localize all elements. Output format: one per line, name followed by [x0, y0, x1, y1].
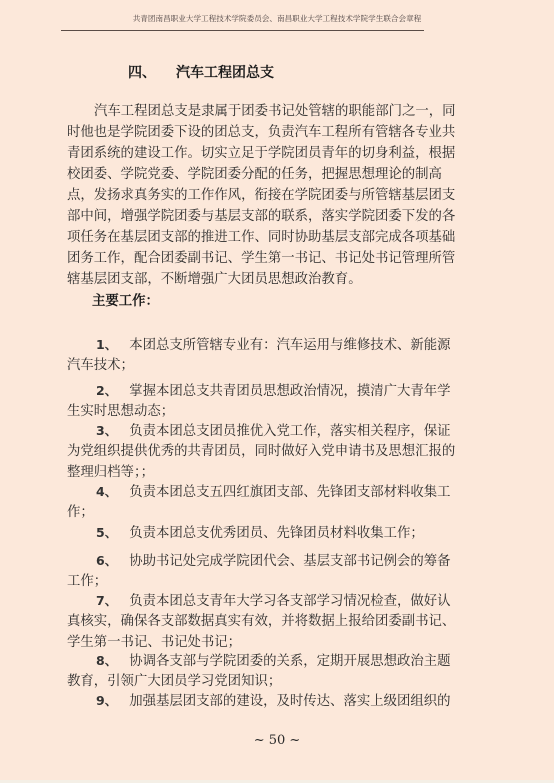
item-number: 4、 — [96, 484, 117, 499]
item-text: 汽车技术； — [67, 355, 487, 376]
item-text: 工作； — [67, 571, 487, 592]
page-number: ~ 50 ~ — [0, 733, 554, 748]
item-text: 负责本团总支五四红旗团支部、先锋团支部材料收集工 — [129, 485, 450, 500]
item-text: 负责本团总支青年大学习各支部学习情况检查，做好认 — [129, 594, 450, 609]
item-text: 负责本团总支优秀团员、先锋团员材料收集工作； — [129, 526, 424, 541]
item-number: 2、 — [96, 383, 117, 398]
section-title-text: 汽车工程团总支 — [176, 65, 274, 81]
work-item: 4、负责本团总支五四红旗团支部、先锋团支部材料收集工 作； — [67, 481, 487, 523]
work-item: 2、掌握本团总支共青团员思想政治情况，摸清广大青年学 生实时思想动态； — [67, 380, 487, 422]
work-item: 1、本团总支所管辖专业有：汽车运用与维修技术、新能源 汽车技术； — [67, 334, 487, 376]
item-text: 整理归档等；； — [67, 462, 487, 483]
intro-line: 汽车工程团总支是隶属于团委书记处管辖的职能部门之一，同 — [67, 101, 487, 122]
intro-line: 部中间，增强学院团委与基层支部的联系，落实学院团委下发的各 — [67, 206, 487, 227]
item-number: 8、 — [96, 653, 117, 668]
item-text: 本团总支所管辖专业有：汽车运用与维修技术、新能源 — [129, 338, 450, 353]
item-text: 作； — [67, 502, 487, 523]
item-number: 5、 — [96, 525, 117, 540]
intro-line: 辖基层团支部，不断增强广大团员思想政治教育。 — [67, 269, 487, 290]
item-text: 加强基层团支部的建设，及时传达、落实上级团组织的 — [129, 694, 450, 709]
item-text: 掌握本团总支共青团员思想政治情况，摸清广大青年学 — [129, 384, 450, 399]
item-text: 为党组织提供优秀的共青团员，同时做好入党申请书及思想汇报的 — [67, 441, 487, 462]
work-item: 7、负责本团总支青年大学习各支部学习情况检查，做好认 真核实，确保各支部数据真实… — [67, 590, 487, 653]
intro-line: 青团系统的建设工作。切实立足于学院团员青年的切身利益，根据 — [67, 143, 487, 164]
work-item: 6、协助书记处完成学院团代会、基层支部书记例会的筹备 工作； — [67, 550, 487, 592]
intro-paragraph: 汽车工程团总支是隶属于团委书记处管辖的职能部门之一，同 时他也是学院团委下设的团… — [67, 101, 487, 290]
intro-line: 点，发扬求真务实的工作作风，衔接在学院团委与所管辖基层团支 — [67, 185, 487, 206]
section-title: 四、汽车工程团总支 — [128, 62, 274, 82]
work-item: 3、负责本团总支团员推优入党工作，落实相关程序，保证 为党组织提供优秀的共青团员… — [67, 420, 487, 483]
item-text: 协助书记处完成学院团代会、基层支部书记例会的筹备 — [129, 554, 450, 569]
item-text: 协调各支部与学院团委的关系，定期开展思想政治主题 — [129, 654, 450, 669]
item-text: 生实时思想动态； — [67, 401, 487, 422]
item-number: 7、 — [96, 593, 117, 608]
work-item: 9、加强基层团支部的建设，及时传达、落实上级团组织的 — [67, 690, 487, 711]
work-item: 8、协调各支部与学院团委的关系，定期开展思想政治主题 教育，引领广大团员学习党团… — [67, 650, 487, 692]
section-number: 四、 — [128, 65, 156, 81]
intro-line: 团务工作，配合团委副书记、学生第一书记、书记处书记管理所管 — [67, 248, 487, 269]
main-work-heading: 主要工作： — [92, 290, 159, 309]
document-page: 共青团南昌职业大学工程技术学院委员会、南昌职业大学工程技术学院学生联合会章程 四… — [0, 0, 554, 780]
intro-line: 时他也是学院团委下设的团总支，负责汽车工程所有管辖各专业共 — [67, 122, 487, 143]
item-number: 6、 — [96, 553, 117, 568]
intro-line: 校团委、学院党委、学院团委分配的任务，把握思想理论的制高 — [67, 164, 487, 185]
running-header: 共青团南昌职业大学工程技术学院委员会、南昌职业大学工程技术学院学生联合会章程 — [0, 13, 554, 24]
work-item: 5、负责本团总支优秀团员、先锋团员材料收集工作； — [67, 522, 487, 543]
item-text: 负责本团总支团员推优入党工作，落实相关程序，保证 — [129, 424, 450, 439]
header-rule — [61, 30, 424, 31]
item-number: 9、 — [96, 693, 117, 708]
intro-line: 项任务在基层团支部的推进工作、同时协助基层支部完成各项基础 — [67, 227, 487, 248]
item-text: 真核实，确保各支部数据真实有效，并将数据上报给团委副书记、 — [67, 611, 487, 632]
item-number: 3、 — [96, 423, 117, 438]
item-number: 1、 — [96, 337, 117, 352]
item-text: 教育，引领广大团员学习党团知识； — [67, 671, 487, 692]
